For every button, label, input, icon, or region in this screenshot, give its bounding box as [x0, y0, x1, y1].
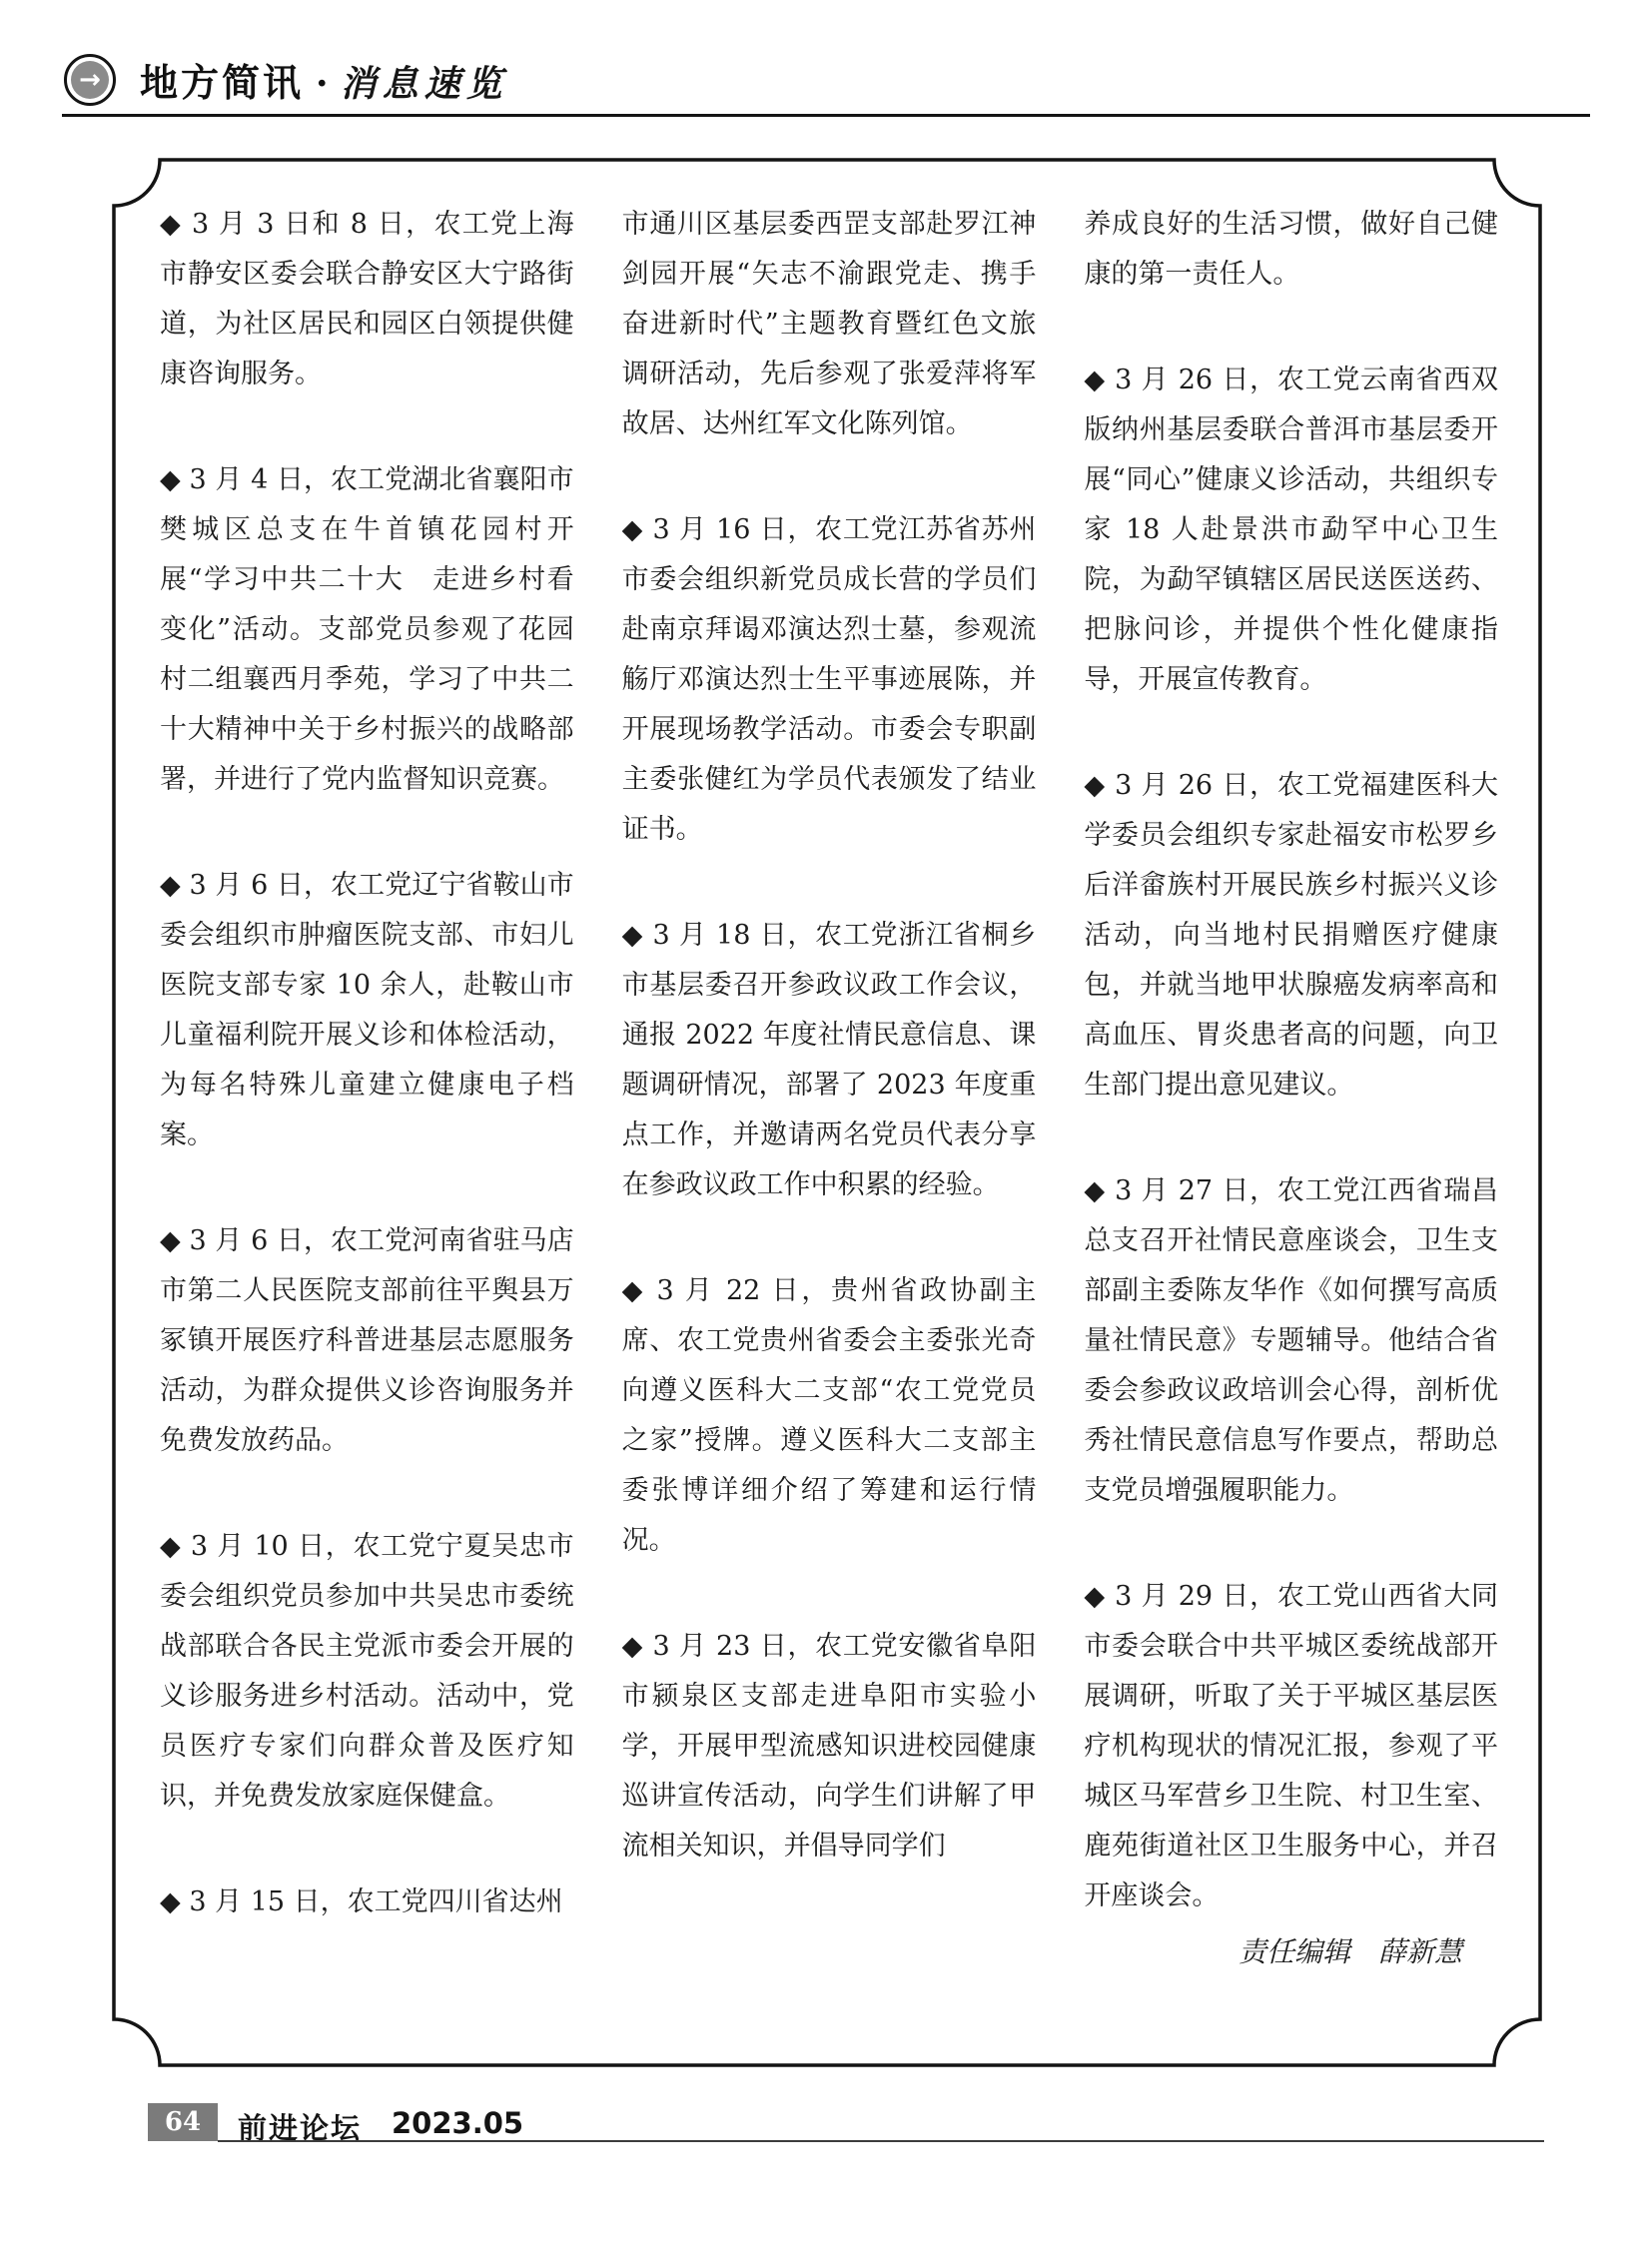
news-item: ◆ 3 月 27 日，农工党江西省瑞昌总支召开社情民意座谈会，卫生支部副主委陈友…: [1084, 1166, 1498, 1516]
news-item-continuation: 养成良好的生活习惯，做好自己健康的第一责任人。: [1084, 200, 1498, 300]
page-number-badge: 64: [148, 2103, 218, 2141]
arrow-right-glyph: →: [71, 61, 109, 99]
news-item: ◆ 3 月 4 日，农工党湖北省襄阳市樊城区总支在牛首镇花园村开展“学习中共二十…: [160, 455, 574, 805]
news-item: ◆ 3 月 15 日，农工党四川省达州: [160, 1877, 574, 1927]
news-column-1: ◆ 3 月 3 日和 8 日，农工党上海市静安区委会联合静安区大宁路街道，为社区…: [160, 200, 574, 2029]
page-title: 地方简讯 · 消息速览: [140, 52, 508, 107]
news-item: ◆ 3 月 6 日，农工党河南省驻马店市第二人民医院支部前往平舆县万冢镇开展医疗…: [160, 1216, 574, 1466]
news-item: ◆ 3 月 23 日，农工党安徽省阜阳市颍泉区支部走进阜阳市实验小学，开展甲型流…: [622, 1622, 1037, 1871]
section-subtitle: 消息速览: [341, 56, 508, 107]
news-item: ◆ 3 月 26 日，农工党云南省西双版纳州基层委联合普洱市基层委开展“同心”健…: [1084, 356, 1498, 705]
arrow-right-circle-icon: →: [64, 54, 116, 106]
news-item: ◆ 3 月 26 日，农工党福建医科大学委员会组织专家赴福安市松罗乡后洋畲族村开…: [1084, 761, 1498, 1111]
magazine-page: → 地方简讯 · 消息速览 ◆ 3 月 3 日和 8 日，农工党上海市静安区委会…: [0, 0, 1652, 2241]
title-separator: ·: [316, 63, 329, 105]
issue-number: 2023.05: [392, 2106, 523, 2140]
news-item: ◆ 3 月 16 日，农工党江苏省苏州市委会组织新党员成长营的学员们赴南京拜谒邓…: [622, 505, 1037, 855]
page-header: → 地方简讯 · 消息速览: [64, 52, 508, 107]
news-item-continuation: 市通川区基层委西罡支部赴罗江神剑园开展“矢志不渝跟党走、携手奋进新时代”主题教育…: [622, 200, 1037, 449]
news-item: ◆ 3 月 3 日和 8 日，农工党上海市静安区委会联合静安区大宁路街道，为社区…: [160, 200, 574, 399]
footer-rule: [218, 2140, 1544, 2142]
news-item: ◆ 3 月 22 日，贵州省政协副主席、农工党贵州省委会主委张光奇向遵义医科大二…: [622, 1266, 1037, 1566]
news-column-2: 市通川区基层委西罡支部赴罗江神剑园开展“矢志不渝跟党走、携手奋进新时代”主题教育…: [622, 200, 1037, 2029]
news-item: ◆ 3 月 10 日，农工党宁夏吴忠市委会组织党员参加中共吴忠市委统战部联合各民…: [160, 1522, 574, 1822]
editor-credit: 责任编辑 薛新慧: [1084, 1927, 1462, 1977]
news-columns: ◆ 3 月 3 日和 8 日，农工党上海市静安区委会联合静安区大宁路街道，为社区…: [110, 156, 1544, 2069]
news-item: ◆ 3 月 6 日，农工党辽宁省鞍山市委会组织市肿瘤医院支部、市妇儿医院支部专家…: [160, 861, 574, 1160]
news-column-3: 养成良好的生活习惯，做好自己健康的第一责任人。 ◆ 3 月 26 日，农工党云南…: [1084, 200, 1498, 2029]
news-item: ◆ 3 月 18 日，农工党浙江省桐乡市基层委召开参政议政工作会议，通报 202…: [622, 911, 1037, 1210]
news-box: ◆ 3 月 3 日和 8 日，农工党上海市静安区委会联合静安区大宁路街道，为社区…: [110, 156, 1544, 2069]
header-rule: [62, 114, 1590, 117]
news-item: ◆ 3 月 29 日，农工党山西省大同市委会联合中共平城区委统战部开展调研，听取…: [1084, 1572, 1498, 1921]
section-title: 地方简讯: [140, 52, 304, 107]
